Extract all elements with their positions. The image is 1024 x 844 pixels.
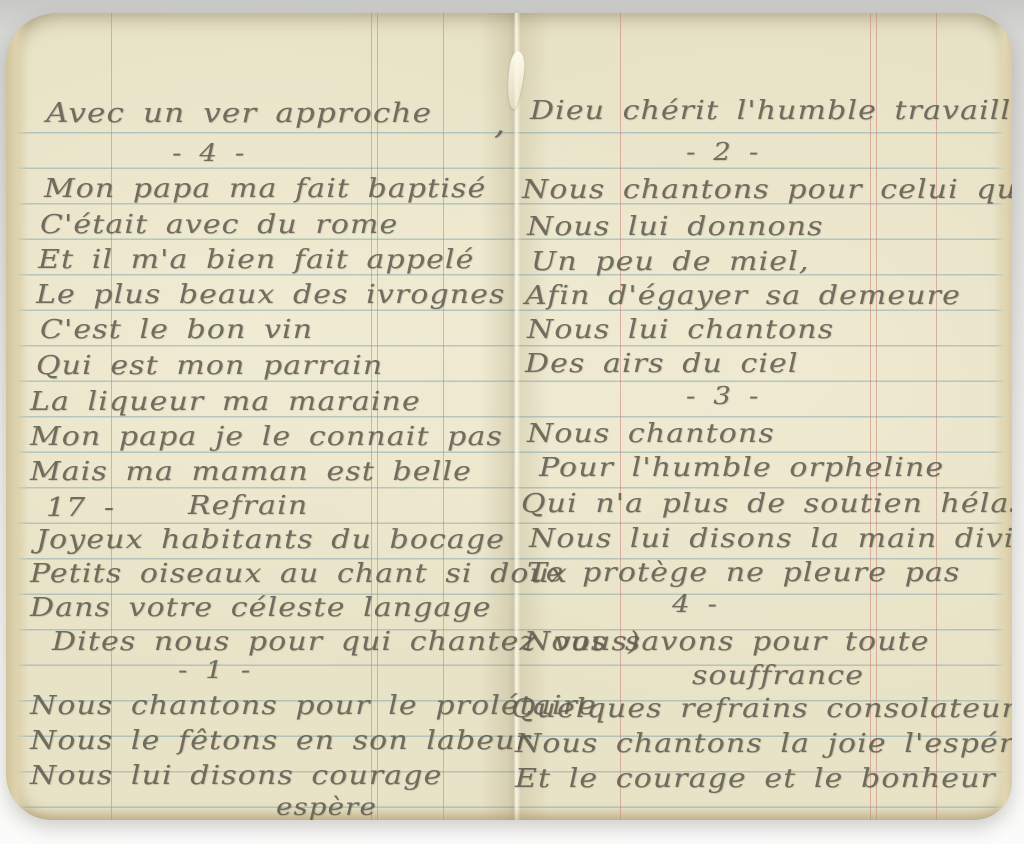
handwriting-layer: Avec un ver approche- 4 -Mon papa ma fai… [6, 13, 1012, 820]
handwritten-line: Et il m'a bien fait appelé [38, 247, 474, 273]
handwritten-line: Nous chantons la joie l'espérance [515, 731, 1012, 757]
handwritten-line: Dieu chérit l'humble travailleur [530, 98, 1012, 124]
handwritten-line: Te protège ne pleure pas [527, 560, 960, 586]
handwritten-line: souffrance [692, 663, 864, 689]
handwritten-line: Refrain [188, 493, 308, 519]
handwritten-line: 4 - [672, 592, 718, 616]
handwritten-line: Nous lui disons courage [30, 763, 442, 789]
handwritten-line: Mon papa ma fait baptisé [44, 176, 486, 202]
handwritten-line: Nous lui disons la main divine [529, 526, 1012, 552]
handwritten-line: Nous chantons [527, 421, 775, 447]
handwritten-line: - 2 - [686, 140, 759, 164]
handwritten-line: Nous le fêtons en son labeur [30, 728, 531, 754]
handwritten-line: Et le courage et le bonheur [515, 766, 996, 792]
handwritten-line: Des airs du ciel [525, 351, 799, 377]
handwritten-line: Nous lui donnons [527, 214, 824, 240]
handwritten-line: C'était avec du rome [40, 212, 398, 238]
handwritten-line: Petits oiseaux au chant si doux [30, 561, 568, 587]
handwritten-line: Qui est mon parrain [36, 353, 383, 379]
handwritten-line: - 4 - [172, 141, 245, 165]
handwritten-line: Joyeux habitants du bocage [36, 527, 505, 553]
handwritten-line: La liqueur ma maraine [30, 389, 421, 415]
handwritten-line: Nous lui chantons [527, 317, 834, 343]
handwritten-line: 17 - [46, 495, 115, 521]
handwritten-line: Avec un ver approche [46, 100, 432, 127]
handwritten-line: Qui n'a plus de soutien hélas [521, 491, 1012, 517]
handwritten-line: espère [276, 795, 377, 819]
notebook-page-spread: Avec un ver approche- 4 -Mon papa ma fai… [6, 13, 1012, 820]
handwritten-line: Quelques refrains consolateurs [511, 696, 1012, 722]
handwritten-line: Mon papa je le connait pas [30, 424, 503, 450]
handwritten-line: Pour l'humble orpheline [539, 455, 944, 481]
handwritten-line: Un peu de miel, [531, 249, 810, 275]
handwritten-line: Nous savons pour toute [524, 629, 930, 655]
handwritten-line: C'est le bon vin [40, 317, 313, 343]
handwritten-line: Le plus beaux des ivrognes [36, 282, 506, 308]
handwritten-line: Nous chantons pour celui qui pleure [522, 177, 1012, 203]
handwritten-line: - 3 - [686, 384, 759, 408]
handwritten-line: - 1 - [178, 658, 251, 682]
handwritten-line: Afin d'égayer sa demeure [525, 283, 961, 309]
scan-background: Avec un ver approche- 4 -Mon papa ma fai… [0, 0, 1024, 844]
handwritten-line: Mais ma maman est belle [30, 459, 472, 485]
handwritten-line: , [494, 110, 506, 140]
handwritten-line: Dans votre céleste langage [30, 595, 492, 621]
